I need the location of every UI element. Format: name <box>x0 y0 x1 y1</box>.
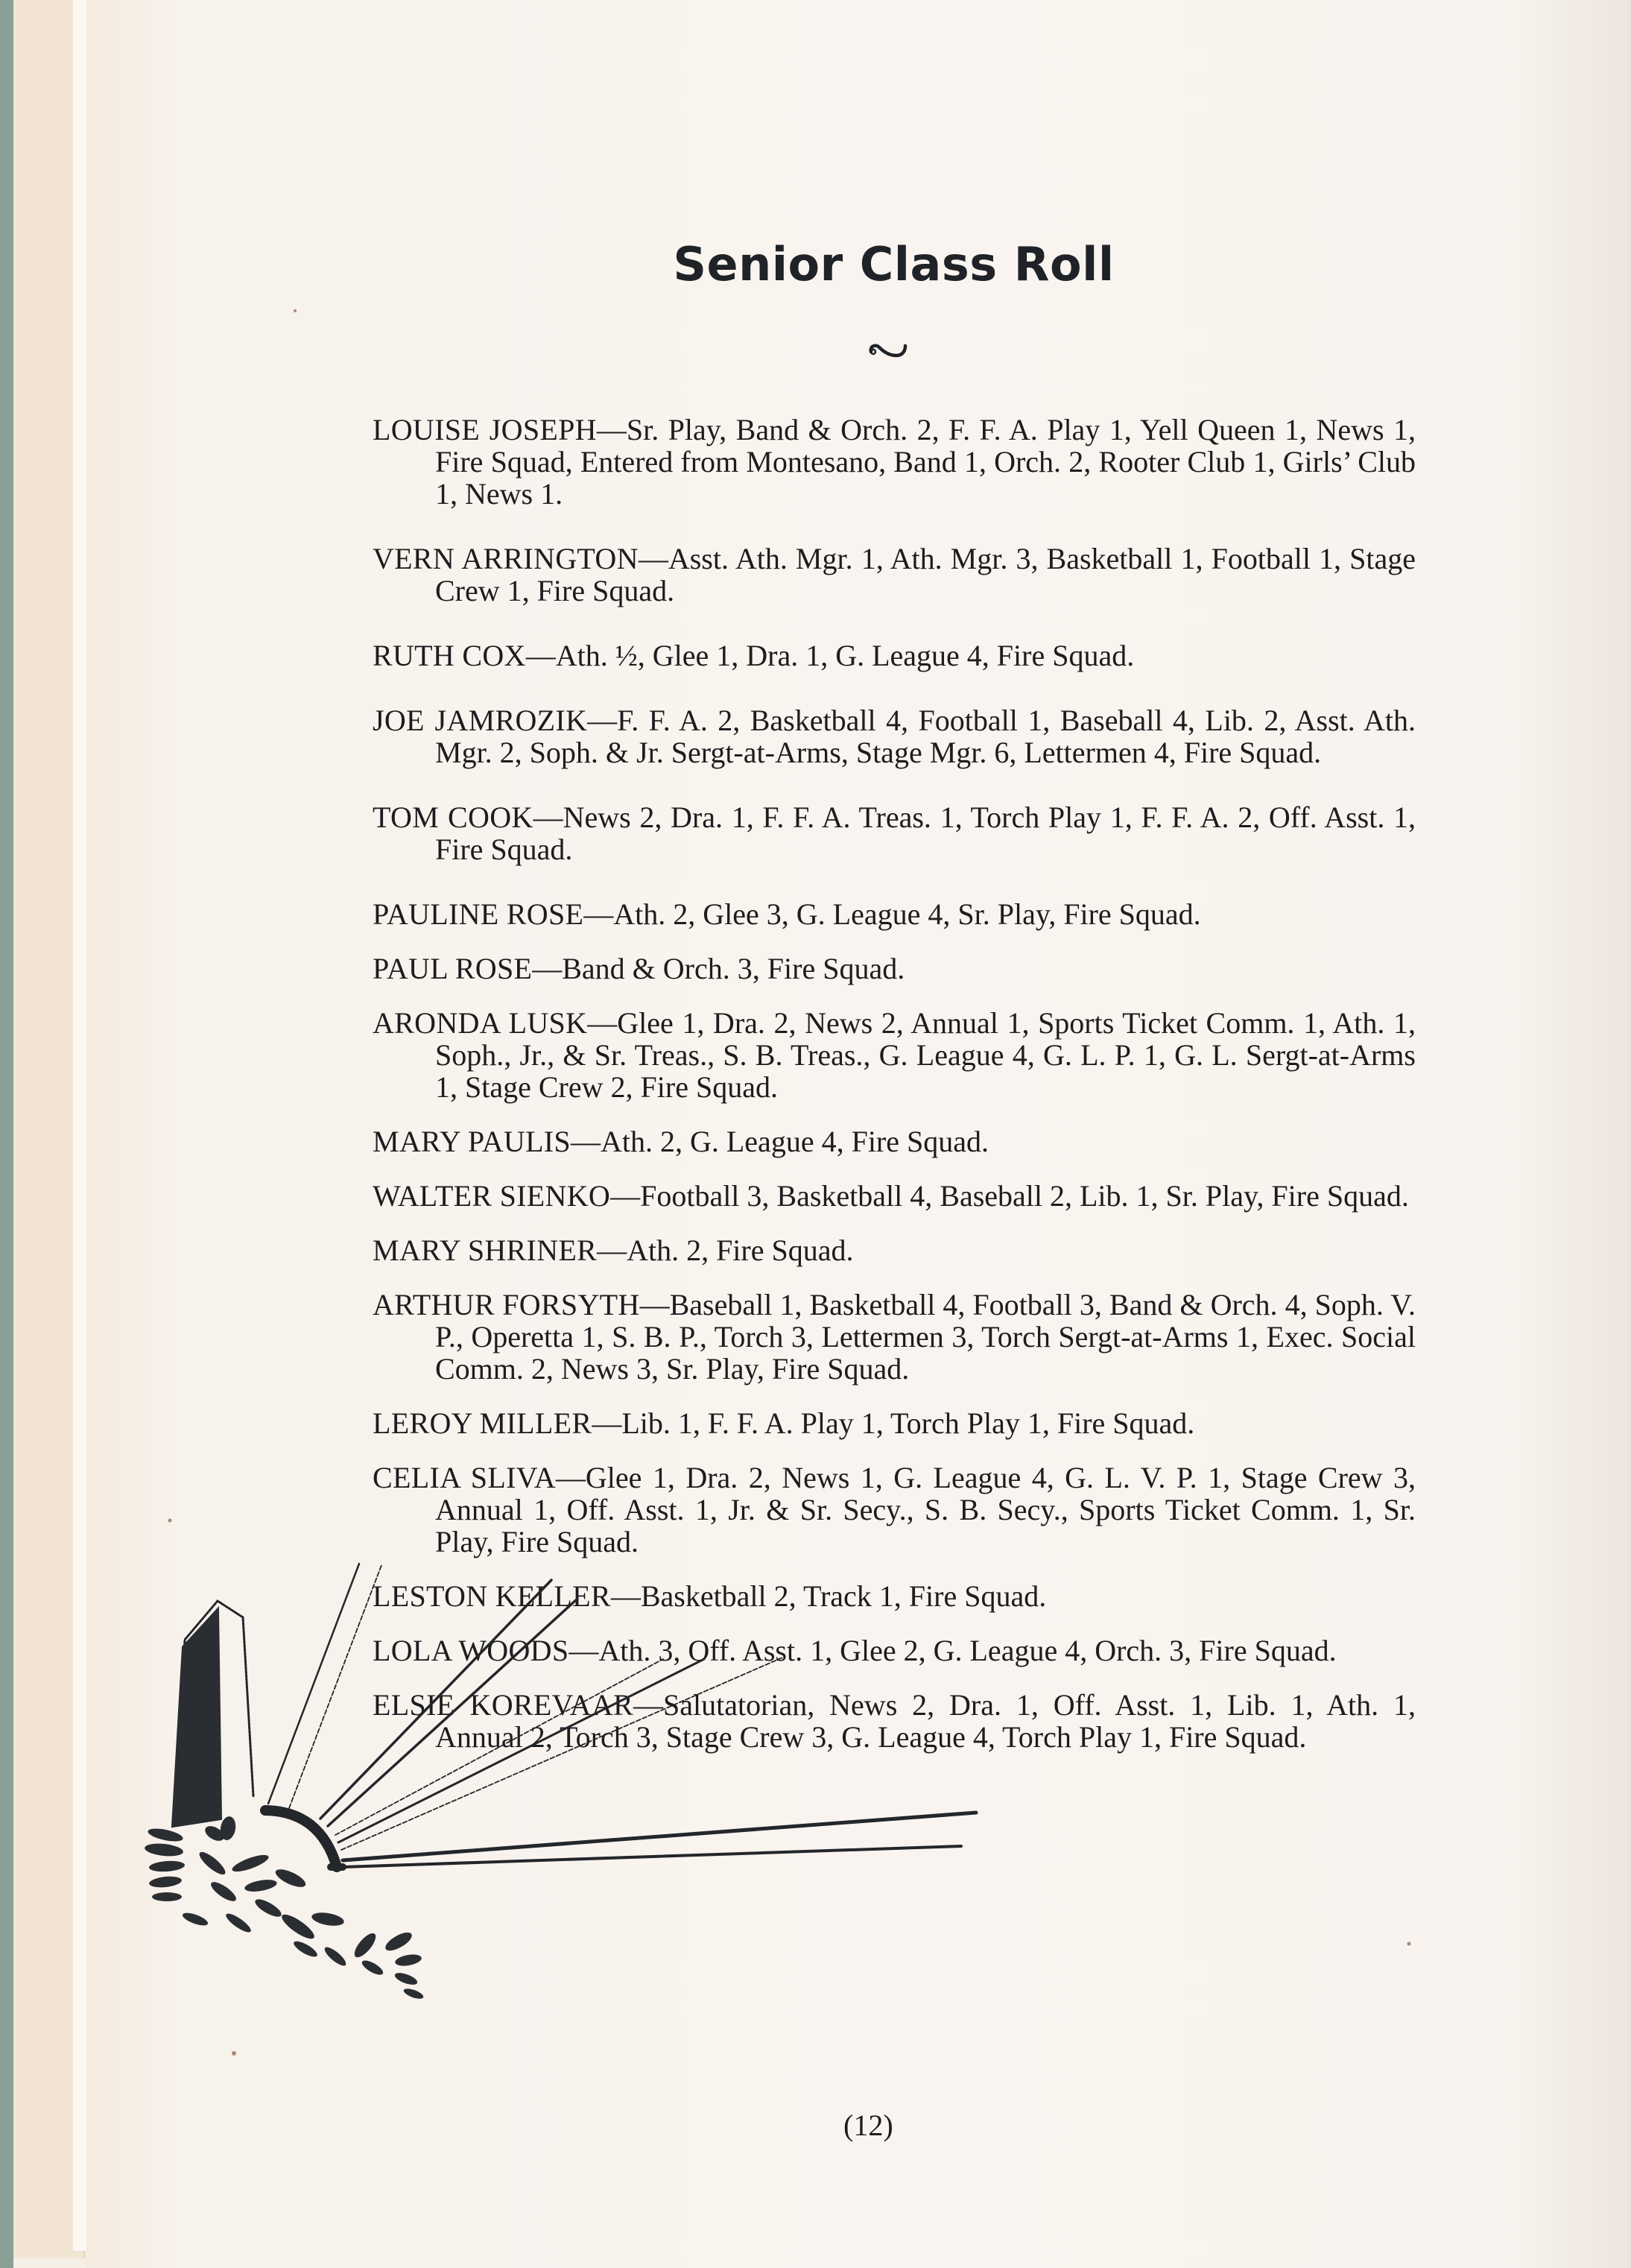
student-activities: Football 3, Basketball 4, Baseball 2, Li… <box>640 1179 1409 1213</box>
separator-dash: — <box>610 1179 640 1213</box>
student-name: TOM COOK <box>373 800 533 834</box>
student-activities: Ath. ½, Glee 1, Dra. 1, G. League 4, Fir… <box>556 639 1134 672</box>
senior-class-roll: LOUISE JOSEPH—Sr. Play, Band & Orch. 2, … <box>373 414 1416 1753</box>
separator-dash: — <box>639 542 668 575</box>
roll-entry: ARTHUR FORSYTH—Baseball 1, Basketball 4,… <box>373 1289 1416 1385</box>
roll-entry: CELIA SLIVA—Glee 1, Dra. 2, News 1, G. L… <box>373 1462 1416 1558</box>
student-name: ARTHUR FORSYTH <box>373 1288 640 1321</box>
student-activities: Ath. 2, Fire Squad. <box>627 1233 853 1267</box>
roll-entry: ARONDA LUSK—Glee 1, Dra. 2, News 2, Annu… <box>373 1007 1416 1103</box>
roll-entry: LOUISE JOSEPH—Sr. Play, Band & Orch. 2, … <box>373 414 1416 510</box>
student-name: WALTER SIENKO <box>373 1179 610 1213</box>
separator-dash: — <box>571 1125 601 1158</box>
separator-dash: — <box>587 704 617 737</box>
student-activities: News 2, Dra. 1, F. F. A. Treas. 1, Torch… <box>435 800 1416 866</box>
student-name: PAULINE ROSE <box>373 897 583 931</box>
separator-dash: — <box>533 800 563 834</box>
student-name: ELSIE KOREVAAR <box>373 1688 633 1722</box>
student-activities: Ath. 3, Off. Asst. 1, Glee 2, G. League … <box>598 1634 1336 1667</box>
student-name: LOUISE JOSEPH <box>373 413 597 446</box>
separator-dash: — <box>569 1634 598 1667</box>
separator-dash: — <box>592 1406 621 1440</box>
roll-entry: MARY PAULIS—Ath. 2, G. League 4, Fire Sq… <box>373 1125 1416 1157</box>
separator-dash: — <box>556 1461 586 1494</box>
separator-dash: — <box>611 1579 641 1613</box>
separator-dash: — <box>532 952 562 985</box>
student-name: LOLA WOODS <box>373 1634 569 1667</box>
roll-entry: TOM COOK—News 2, Dra. 1, F. F. A. Treas.… <box>373 801 1416 865</box>
separator-dash: — <box>526 639 556 672</box>
book-spine <box>0 0 13 2268</box>
student-name: ARONDA LUSK <box>373 1006 587 1040</box>
roll-entry: ELSIE KOREVAAR—Salutatorian, News 2, Dra… <box>373 1689 1416 1753</box>
student-activities: Lib. 1, F. F. A. Play 1, Torch Play 1, F… <box>621 1406 1194 1440</box>
swash-tilde-ornament-icon <box>867 339 911 361</box>
roll-entry: PAULINE ROSE—Ath. 2, Glee 3, G. League 4… <box>373 898 1416 930</box>
student-activities: Ath. 2, G. League 4, Fire Squad. <box>601 1125 989 1158</box>
roll-entry: LOLA WOODS—Ath. 3, Off. Asst. 1, Glee 2,… <box>373 1634 1416 1667</box>
student-name: PAUL ROSE <box>373 952 532 985</box>
separator-dash: — <box>587 1006 617 1040</box>
page-title: Senior Class Roll <box>0 237 1631 291</box>
student-name: RUTH COX <box>373 639 526 672</box>
roll-entry: VERN ARRINGTON—Asst. Ath. Mgr. 1, Ath. M… <box>373 543 1416 607</box>
separator-dash: — <box>633 1688 663 1722</box>
roll-entry: LESTON KELLER—Basketball 2, Track 1, Fir… <box>373 1580 1416 1612</box>
student-name: JOE JAMROZIK <box>373 704 587 737</box>
page-number: (12) <box>843 2108 893 2143</box>
student-name: CELIA SLIVA <box>373 1461 556 1494</box>
student-name: LEROY MILLER <box>373 1406 592 1440</box>
separator-dash: — <box>640 1288 670 1321</box>
roll-entry: WALTER SIENKO—Football 3, Basketball 4, … <box>373 1180 1416 1212</box>
roll-entry: MARY SHRINER—Ath. 2, Fire Squad. <box>373 1234 1416 1266</box>
student-name: VERN ARRINGTON <box>373 542 639 575</box>
roll-entry: JOE JAMROZIK—F. F. A. 2, Basketball 4, F… <box>373 704 1416 768</box>
separator-dash: — <box>583 897 613 931</box>
student-name: MARY SHRINER <box>373 1233 597 1267</box>
student-name: LESTON KELLER <box>373 1579 611 1613</box>
separator-dash: — <box>597 1233 627 1267</box>
separator-dash: — <box>597 413 627 446</box>
student-name: MARY PAULIS <box>373 1125 571 1158</box>
page-gutter <box>73 0 86 2251</box>
roll-entry: LEROY MILLER—Lib. 1, F. F. A. Play 1, To… <box>373 1407 1416 1439</box>
roll-entry: RUTH COX—Ath. ½, Glee 1, Dra. 1, G. Leag… <box>373 639 1416 672</box>
student-activities: Band & Orch. 3, Fire Squad. <box>562 952 905 985</box>
roll-entry: PAUL ROSE—Band & Orch. 3, Fire Squad. <box>373 953 1416 985</box>
student-activities: Ath. 2, Glee 3, G. League 4, Sr. Play, F… <box>613 897 1200 931</box>
student-activities: Basketball 2, Track 1, Fire Squad. <box>641 1579 1046 1613</box>
